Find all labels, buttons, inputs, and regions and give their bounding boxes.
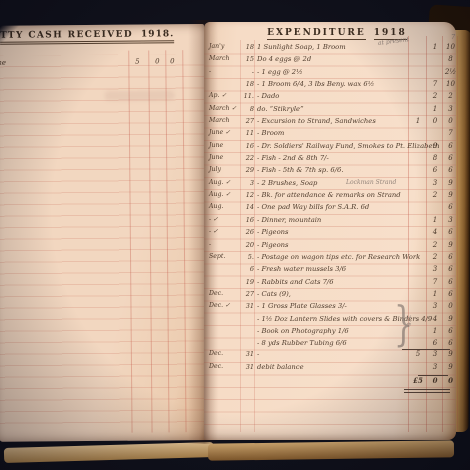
entry-pence: 6 xyxy=(443,327,458,335)
entry-description: do. “Stikryle” xyxy=(257,105,304,113)
final-pence: 0 xyxy=(443,376,458,385)
corner-pencil-mark: 7 xyxy=(451,33,455,41)
entry-shillings: 7 xyxy=(428,80,442,88)
entry-day: 5. xyxy=(241,253,254,261)
entry-pence: 3 xyxy=(443,216,458,224)
ledger-row: Aug. 14 - One pad Way bills for S.A.R. 6… xyxy=(204,202,456,214)
entry-pencil-note: Lockman Strand xyxy=(346,179,396,186)
closing-double-rule xyxy=(404,389,450,390)
entry-pence: 6 xyxy=(443,166,458,174)
entry-shillings: 4 xyxy=(428,315,442,323)
entry-pence: 6 xyxy=(443,339,458,347)
closing-double-rule xyxy=(404,392,450,393)
entry-pence: 6 xyxy=(443,278,458,286)
final-balance-row: £5 0 0 xyxy=(204,376,456,388)
entry-month: June ✓ xyxy=(209,129,242,136)
entry-day: 22 xyxy=(241,154,254,162)
entry-pence: 6 xyxy=(443,142,458,150)
entry-month: Dec. xyxy=(209,290,242,297)
entry-month: - ✓ xyxy=(209,228,242,235)
entry-day: 26 xyxy=(241,228,254,236)
entry-month: Aug. ✓ xyxy=(209,179,242,186)
entry-pence: 6 xyxy=(443,265,458,273)
entry-month: June xyxy=(209,142,242,149)
final-pounds: £5 xyxy=(410,376,426,385)
entry-description: - Excursion to Strand, Sandwiches xyxy=(257,117,376,125)
entry-description: - 2 Brushes, Soap xyxy=(257,179,317,187)
ledger-row: March 27 - Excursion to Strand, Sandwich… xyxy=(204,116,456,128)
ledger-photo: TTY CASH RECEIVED1918. ne 5 0 0 EXPENDIT… xyxy=(0,0,470,470)
entry-description: - Rabbits and Cats 7/6 xyxy=(257,278,334,286)
entry-description: - One pad Way bills for S.A.R. 6d xyxy=(257,203,369,211)
cash-column-rule xyxy=(182,50,186,432)
entry-description: - Pigeons xyxy=(257,228,289,236)
entry-description: - Fresh water mussels 3/6 xyxy=(257,265,346,273)
entry-pence: 9 xyxy=(443,241,458,249)
ledger-row: Jan'y 18 1 Sunlight Soap, 1 Broom 1 10 xyxy=(204,42,456,54)
entry-description: - Dado xyxy=(257,92,279,100)
entry-pence: 0 xyxy=(165,57,179,65)
entry-day: 18 xyxy=(241,80,254,88)
entry-pence: 6 xyxy=(443,253,458,261)
entry-description: - Bk. for attendance & remarks on Strand xyxy=(257,191,401,199)
entry-day: - xyxy=(241,68,254,76)
entry-month: March ✓ xyxy=(209,105,242,112)
left-page: TTY CASH RECEIVED1918. ne 5 0 0 xyxy=(0,24,208,442)
entry-description: Do 4 eggs @ 2d xyxy=(257,55,311,63)
entry-day: 16 xyxy=(241,142,254,150)
ledger-row: 19 - Rabbits and Cats 7/6 7 6 xyxy=(204,277,456,289)
total-desc: - xyxy=(257,350,259,358)
cash-column-rule xyxy=(148,50,152,432)
cash-column-rule xyxy=(128,51,132,433)
right-title-text: EXPENDITURE xyxy=(267,28,366,40)
entry-pence: 7 xyxy=(443,129,458,137)
entry-shillings: 2 xyxy=(428,241,442,249)
entry-shillings: 1 xyxy=(428,327,442,335)
entry-pence: 6 xyxy=(443,154,458,162)
entry-month: Aug. xyxy=(209,203,242,210)
entry-shillings: 2 xyxy=(428,253,442,261)
final-shillings: 0 xyxy=(428,376,442,385)
entry-pounds: 5 xyxy=(130,58,144,66)
ruled-lines xyxy=(0,54,208,432)
entry-description: - Broom xyxy=(257,129,284,137)
page-edges-bottom-right xyxy=(208,440,454,460)
entry-day: 16 xyxy=(241,216,254,224)
ledger-row: - Book on Photography 1/6 1 6 xyxy=(204,326,456,338)
entry-description: - Fish - 2nd & 8th 7/- xyxy=(257,154,329,162)
total-pence: 9 xyxy=(443,350,458,358)
entry-month: Dec. ✓ xyxy=(209,302,242,309)
ledger-row: Sept. 5. - Postage on wagon tips etc. fo… xyxy=(204,252,456,264)
ledger-row: June 22 - Fish - 2nd & 8th 7/- 8 6 xyxy=(204,153,456,165)
right-page-title: EXPENDITURE1918 xyxy=(262,28,412,38)
entry-pence: 2½ xyxy=(443,68,458,76)
ledger-row: Aug. ✓ 12 - Bk. for attendance & remarks… xyxy=(204,190,456,202)
entry-day: 8 xyxy=(241,105,254,113)
ledger-row: June 16 - Dr. Soldiers' Railway Fund, Sm… xyxy=(204,141,456,153)
ledger-row: March 15 Do 4 eggs @ 2d 8 xyxy=(204,54,456,66)
entry-day: 27 xyxy=(241,290,254,298)
entry-shillings: 2 xyxy=(428,92,442,100)
entry-day: 29 xyxy=(241,166,254,174)
entry-label: ne xyxy=(0,59,6,67)
entry-shillings: 3 xyxy=(428,179,442,187)
entry-description: - Fish - 5th & 7th sp. 6/6. xyxy=(257,166,344,174)
entry-month: - xyxy=(209,241,242,248)
entry-description: - Postage on wagon tips etc. for Researc… xyxy=(257,253,420,261)
ledger-row: Ap. ✓ 11. - Dado 2 2 xyxy=(204,91,456,103)
entry-shillings: 6 xyxy=(428,339,442,347)
expenditure-rows: Jan'y 18 1 Sunlight Soap, 1 Broom 1 10 M… xyxy=(204,42,456,351)
ledger-row: March ✓ 8 do. “Stikryle” 1 3 xyxy=(204,104,456,116)
entry-shillings: 2 xyxy=(428,191,442,199)
page-edges-bottom-left xyxy=(4,442,214,463)
entry-shillings: 9 xyxy=(428,142,442,150)
left-title-text: TTY CASH RECEIVED xyxy=(0,30,133,41)
cash-column-rule xyxy=(165,50,169,432)
entry-description: - Dr. Soldiers' Railway Fund, Smokes to … xyxy=(257,142,440,150)
entry-month: - xyxy=(209,68,242,75)
entry-description: - Book on Photography 1/6 xyxy=(257,327,349,335)
ledger-row: - - - 1 egg @ 2½ 2½ xyxy=(204,67,456,79)
entry-shillings: 7 xyxy=(428,278,442,286)
ledger-row: 6 - Fresh water mussels 3/6 3 6 xyxy=(204,264,456,276)
entry-pence: 10 xyxy=(443,43,458,51)
debit-desc: debit balance xyxy=(257,363,304,371)
entry-month: Jan'y xyxy=(209,43,242,50)
ledger-row: 18 - 1 Broom 6/4, 3 lbs Beny. wax 6½ 7 1… xyxy=(204,79,456,91)
entry-shillings: 1 xyxy=(428,216,442,224)
entry-description: - 1 egg @ 2½ xyxy=(257,68,303,76)
ledger-row: Dec. ✓ 31 - 1 Gross Plate Glasses 3/- 3 … xyxy=(204,301,456,313)
entry-pence: 9 xyxy=(443,191,458,199)
debit-month: Dec. xyxy=(209,363,242,370)
entry-pence: 3 xyxy=(443,105,458,113)
entry-pounds: 1 xyxy=(410,117,426,125)
ledger-row: - ✓ 26 - Pigeons 4 6 xyxy=(204,227,456,239)
entry-day: 27 xyxy=(241,117,254,125)
debit-balance-row: Dec. 31 debit balance 3 9 xyxy=(204,363,456,375)
entry-description: - Cats (9), xyxy=(257,290,291,298)
total-shillings: 3 xyxy=(428,350,442,358)
entry-month: March xyxy=(209,117,242,124)
entry-pence: 6 xyxy=(443,228,458,236)
entry-shillings: 1 xyxy=(428,290,442,298)
entry-day: 14 xyxy=(241,203,254,211)
debit-day: 31 xyxy=(241,363,254,371)
total-row: Dec. 31 - 5 3 9 xyxy=(204,350,456,362)
left-page-title: TTY CASH RECEIVED1918. xyxy=(0,29,174,45)
entry-pence: 10 xyxy=(443,80,458,88)
received-entry-row: ne 5 0 0 xyxy=(0,57,204,71)
entry-month: Aug. ✓ xyxy=(209,191,242,198)
entry-description: - 1 Broom 6/4, 3 lbs Beny. wax 6½ xyxy=(257,80,374,88)
entry-description: 1 Sunlight Soap, 1 Broom xyxy=(257,43,346,51)
entry-description: - Dinner, mountain xyxy=(257,216,321,224)
ledger-row: Dec. 27 - Cats (9), 1 6 xyxy=(204,289,456,301)
entry-shillings: 1 xyxy=(428,105,442,113)
right-page: EXPENDITURE1918 at present 7 Jan'y 18 1 … xyxy=(204,22,456,440)
total-day: 31 xyxy=(241,350,254,358)
ledger-row: - ✓ 16 - Dinner, mountain 1 3 xyxy=(204,215,456,227)
entry-pence: 0 xyxy=(443,302,458,310)
entry-shillings: 0 xyxy=(150,57,164,65)
entry-month: July xyxy=(209,166,242,173)
entry-day: 11 xyxy=(241,129,254,137)
entry-day: 11. xyxy=(241,92,254,100)
entry-month: Sept. xyxy=(209,253,242,260)
entry-pence: 9 xyxy=(443,179,458,187)
entry-day: 12 xyxy=(241,191,254,199)
ledger-row: June ✓ 11 - Broom 7 xyxy=(204,128,456,140)
entry-day: 18 xyxy=(241,43,254,51)
entry-shillings: 0 xyxy=(428,117,442,125)
total-month: Dec. xyxy=(209,350,242,357)
entry-pence: 6 xyxy=(443,203,458,211)
entry-pence: 2 xyxy=(443,92,458,100)
entry-shillings: 6 xyxy=(428,166,442,174)
debit-shillings: 3 xyxy=(428,363,442,371)
entry-day: 3 xyxy=(241,179,254,187)
ledger-row: - 1½ Doz Lantern Slides with covers & Bi… xyxy=(204,314,456,326)
entry-shillings: 4 xyxy=(428,228,442,236)
entry-pence: 0 xyxy=(443,117,458,125)
entry-shillings: 8 xyxy=(428,154,442,162)
entry-description: - Pigeons xyxy=(257,241,289,249)
entry-description: - 8 yds Rubber Tubing 6/6 xyxy=(257,339,347,347)
entry-month: June xyxy=(209,154,242,161)
ink-bleed-smudge xyxy=(105,90,175,101)
entry-shillings: 1 xyxy=(428,43,442,51)
debit-pence: 9 xyxy=(443,363,458,371)
entry-description: - 1 Gross Plate Glasses 3/- xyxy=(257,302,347,310)
ledger-row: - 20 - Pigeons 2 9 xyxy=(204,240,456,252)
pencil-brace-note: 3/6 xyxy=(405,315,411,327)
entry-month: Ap. ✓ xyxy=(209,92,242,99)
entry-pence: 9 xyxy=(443,315,458,323)
entry-pence: 8 xyxy=(443,55,458,63)
entry-shillings: 3 xyxy=(428,265,442,273)
entry-month: March xyxy=(209,55,242,62)
entry-shillings: 3 xyxy=(428,302,442,310)
entry-day: 6 xyxy=(241,265,254,273)
ledger-row: Aug. ✓ 3 - 2 Brushes, Soap Lockman Stran… xyxy=(204,178,456,190)
entry-day: 20 xyxy=(241,241,254,249)
entry-day: 31 xyxy=(241,302,254,310)
entry-month: - ✓ xyxy=(209,216,242,223)
entry-day: 19 xyxy=(241,278,254,286)
entry-day: 15 xyxy=(241,55,254,63)
ledger-row: July 29 - Fish - 5th & 7th sp. 6/6. 6 6 xyxy=(204,165,456,177)
entry-pence: 6 xyxy=(443,290,458,298)
left-title-year: 1918. xyxy=(141,29,174,39)
